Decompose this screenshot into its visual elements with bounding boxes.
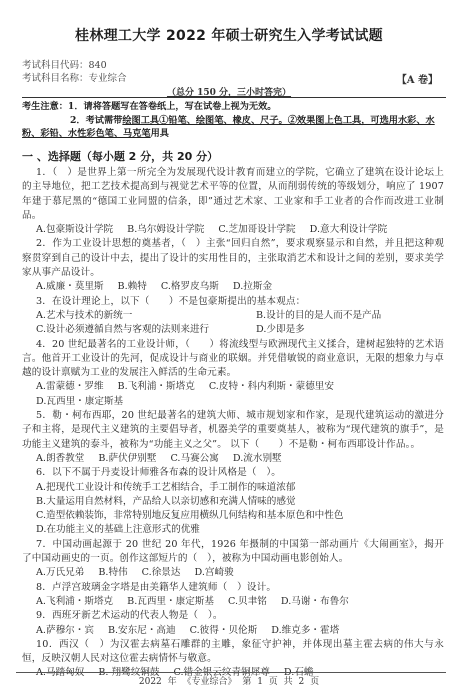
option-c: C.皮特・科内利斯・蒙德里安 xyxy=(209,380,334,394)
question-options: A.把现代工业设计和传统手工艺相结合，手工制作的味道浓郁 B.大量运用自然材料，… xyxy=(22,481,444,538)
question-text: 10．西汉（ ）为汉霍去病墓石雕群的主雕，象征守护神，并体现出墓主霍去病的伟大与… xyxy=(22,638,444,667)
exam-title: 桂林理工大学 2022 年硕士研究生入学考试试题 xyxy=(0,30,458,43)
option-d: D.宫崎骏 xyxy=(195,566,234,580)
notice-line-2-suffix: 用具 xyxy=(151,128,169,139)
question-7: 7．中国动画起源于 20 世纪 20 年代，1926 年摄制的中国第一部动画片《… xyxy=(22,538,444,581)
question-text: 8．卢浮宫玻璃金字塔是由美籍华人建筑师（ ）设计。 xyxy=(22,581,444,595)
option-d: D.流水别墅 xyxy=(233,452,282,466)
option-d: D.马谢・布鲁尔 xyxy=(281,595,349,609)
option-c: C.设计必须遵循自然与客观的法则来进行 xyxy=(36,323,242,337)
question-text: 2．作为工业设计思想的奠基者，（ ）主张“回归自然”，要求观察显示和自然，并且把… xyxy=(22,237,444,280)
question-6: 6．以下不属于丹麦设计师雅各布森的设计风格是（ ）。 A.把现代工业设计和传统手… xyxy=(22,466,444,537)
option-b: B.大量运用自然材料，产品给人以亲切感和充满人情味的感觉 xyxy=(36,495,430,509)
question-text: 3．在设计理论上，以下（ ）不是包豪斯提出的基本观点： xyxy=(22,295,444,309)
option-b: B.安东尼・高迪 xyxy=(108,624,176,638)
subject-code: 考试科目代码：840 xyxy=(22,59,107,72)
option-a: A.艺术与技术的新统一 xyxy=(36,309,242,323)
section-title: 一 、选择题（每小题 2 分，共 20 分） xyxy=(22,150,218,163)
option-d: D.在功能主义的基础上注意形式的优雅 xyxy=(36,523,430,537)
question-options: A.雷蒙德・罗维 B.飞利浦・斯塔克 C.皮特・科内利斯・蒙德里安 D.瓦西里・… xyxy=(22,380,444,409)
question-text: 5．勒・柯布西耶，20 世纪最著名的建筑大师、城市规划家和作家，是现代建筑运动的… xyxy=(22,409,444,452)
question-8: 8．卢浮宫玻璃金字塔是由美籍华人建筑师（ ）设计。 A.飞利浦・斯塔克 B.瓦西… xyxy=(22,581,444,610)
exam-notice: 考生注意：1．请将答题写在答卷纸上，写在试卷上视为无效。 2．考试需带绘图工具①… xyxy=(22,100,444,141)
question-2: 2．作为工业设计思想的奠基者，（ ）主张“回归自然”，要求观察显示和自然，并且把… xyxy=(22,237,444,294)
option-a: A.威廉・莫里斯 xyxy=(36,280,104,294)
option-b: B.瓦西里・康定斯基 xyxy=(127,595,214,609)
question-list: 1．（ ）是世界上第一所完全为发展现代设计教育而建立的学院，它确立了建筑在设计论… xyxy=(22,166,444,681)
question-options: A.飞利浦・斯塔克 B.瓦西里・康定斯基 C.贝聿铭 D.马谢・布鲁尔 xyxy=(22,595,444,609)
option-b: B.特伟 xyxy=(98,566,127,580)
option-a: A.朗香教堂 xyxy=(36,452,84,466)
option-d: D.拉斯金 xyxy=(233,280,272,294)
question-text: 7．中国动画起源于 20 世纪 20 年代，1926 年摄制的中国第一部动画片《… xyxy=(22,538,444,567)
option-b: B.乌尔姆设计学院 xyxy=(127,223,204,237)
notice-line-2-prefix: 2．考试需带 xyxy=(22,115,122,126)
subject-name: 考试科目名称：专业综合 xyxy=(22,72,127,85)
option-a: A.包豪斯设计学院 xyxy=(36,223,113,237)
option-a: A.万氏兄弟 xyxy=(36,566,84,580)
option-b: B.赖特 xyxy=(118,280,147,294)
question-options: A.万氏兄弟 B.特伟 C.徐景达 D.宫崎骏 xyxy=(22,566,444,580)
option-b: B.萨伏伊别墅 xyxy=(98,452,156,466)
option-a: A.萨穆尔・宾 xyxy=(36,624,94,638)
option-c: C.格罗皮乌斯 xyxy=(161,280,219,294)
header-divider xyxy=(22,97,446,98)
question-9: 9．西班牙新艺术运动的代表人物是（ ）。 A.萨穆尔・宾 B.安东尼・高迪 C.… xyxy=(22,609,444,638)
question-3: 3．在设计理论上，以下（ ）不是包豪斯提出的基本观点： A.艺术与技术的新统一 … xyxy=(22,295,444,338)
question-4: 4．20 世纪最著名的工业设计师，（ ）将流线型与欧洲现代主义揉合，建树起独特的… xyxy=(22,338,444,409)
question-options: A.威廉・莫里斯 B.赖特 C.格罗皮乌斯 D.拉斯金 xyxy=(22,280,444,294)
option-a: A.把现代工业设计和传统手工艺相结合，手工制作的味道浓郁 xyxy=(36,481,430,495)
question-text: 9．西班牙新艺术运动的代表人物是（ ）。 xyxy=(22,609,444,623)
question-10: 10．西汉（ ）为汉霍去病墓石雕群的主雕，象征守护神，并体现出墓主霍去病的伟大与… xyxy=(22,638,444,681)
option-d: D.意大利设计学院 xyxy=(310,223,388,237)
option-c: C.马赛公寓 xyxy=(170,452,218,466)
question-text: 1．（ ）是世界上第一所完全为发展现代设计教育而建立的学院，它确立了建筑在设计论… xyxy=(22,166,444,223)
option-b: B.飞利浦・斯塔克 xyxy=(118,380,195,394)
option-b: B.设计的目的是人而不是产品 xyxy=(256,309,430,323)
option-c: C.芝加哥设计学院 xyxy=(218,223,295,237)
footer-divider xyxy=(16,672,446,673)
option-a: A.雷蒙德・罗维 xyxy=(36,380,104,394)
question-options: A.包豪斯设计学院 B.乌尔姆设计学院 C.芝加哥设计学院 D.意大利设计学院 xyxy=(22,223,444,237)
option-c: C.徐景达 xyxy=(142,566,181,580)
page-footer: 2022 年 《专业综合》 第 1 页 共 2 页 xyxy=(0,676,458,689)
option-c: C.贝聿铭 xyxy=(228,595,267,609)
question-options: A.艺术与技术的新统一 B.设计的目的是人而不是产品 C.设计必须遵循自然与客观… xyxy=(22,309,444,338)
notice-line-1: 考生注意：1．请将答题写在答卷纸上，写在试卷上视为无效。 xyxy=(22,100,444,114)
question-options: A.朗香教堂 B.萨伏伊别墅 C.马赛公寓 D.流水别墅 xyxy=(22,452,444,466)
notice-line-2: 2．考试需带绘图工具①铅笔、绘图笔、橡皮、尺子。②效果图上色工具，可选用水彩、水… xyxy=(22,114,444,141)
question-1: 1．（ ）是世界上第一所完全为发展现代设计教育而建立的学院，它确立了建筑在设计论… xyxy=(22,166,444,237)
option-d: D.少即是多 xyxy=(256,323,430,337)
question-text: 4．20 世纪最著名的工业设计师，（ ）将流线型与欧洲现代主义揉合，建树起独特的… xyxy=(22,338,444,381)
score-info: （总分 150 分，三小时答完） xyxy=(0,87,458,100)
question-options: A.萨穆尔・宾 B.安东尼・高迪 C.彼得・贝伦斯 D.维克多・霍塔 xyxy=(22,624,444,638)
question-text: 6．以下不属于丹麦设计师雅各布森的设计风格是（ ）。 xyxy=(22,466,444,480)
option-a: A.飞利浦・斯塔克 xyxy=(36,595,113,609)
paper-version-tag: 【A 卷】 xyxy=(397,74,438,87)
option-c: C.彼得・贝伦斯 xyxy=(190,624,258,638)
question-5: 5．勒・柯布西耶，20 世纪最著名的建筑大师、城市规划家和作家，是现代建筑运动的… xyxy=(22,409,444,466)
option-c: C.造型依赖装饰，非常特别地反复应用横纵几何结构和基本原色和中性色 xyxy=(36,509,430,523)
option-d: D.瓦西里・康定斯基 xyxy=(36,395,123,409)
option-d: D.维克多・霍塔 xyxy=(271,624,339,638)
